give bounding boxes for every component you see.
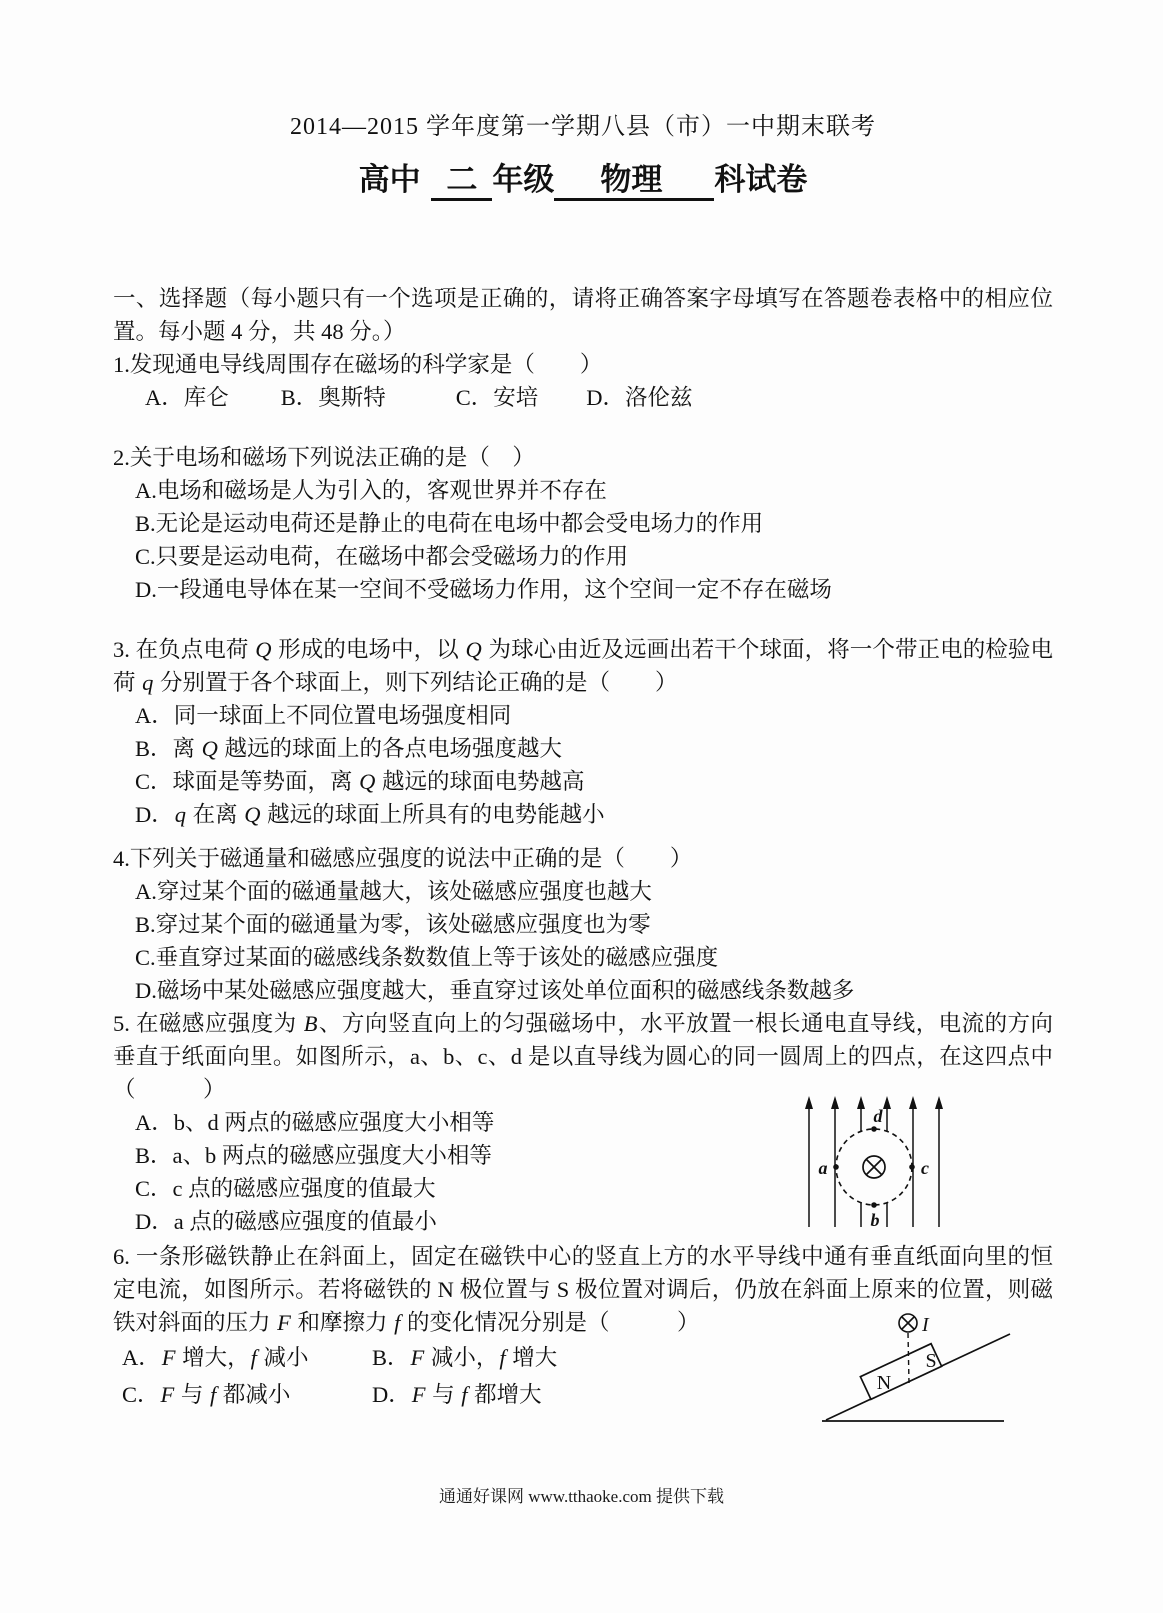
point-b-label: b	[871, 1210, 880, 1230]
pole-n-label: N	[877, 1372, 891, 1394]
point-a-label: a	[819, 1158, 828, 1178]
question-4-option-d: D.磁场中某处磁感应强度越大，垂直穿过该处单位面积的磁感线条数越多	[113, 974, 1053, 1007]
question-2-option-c: C.只要是运动电荷，在磁场中都会受磁场力的作用	[113, 540, 1053, 573]
pole-s-label: S	[925, 1350, 936, 1372]
question-5-stem: 5. 在磁感应强度为 B、方向竖直向上的匀强磁场中，水平放置一根长通电直导线，电…	[113, 1007, 1053, 1106]
question-3-option-d: D．q 在离 Q 越远的球面上所具有的电势能越小	[113, 798, 1053, 831]
question-4-stem: 4.下列关于磁通量和磁感应强度的说法中正确的是（ ）	[113, 842, 1053, 875]
question-1-option-b: B．奥斯特	[281, 381, 386, 414]
subtitle-school-level: 高中	[359, 162, 421, 198]
question-4-option-b: B.穿过某个面的磁通量为零，该处磁感应强度也为零	[113, 908, 1053, 941]
figure-incline-magnet: I N S	[812, 1306, 1024, 1431]
question-4-option-c: C.垂直穿过某面的磁感线条数数值上等于该处的磁感应强度	[113, 941, 1053, 974]
question-2-option-d: D.一段通电导体在某一空间不受磁场力作用，这个空间一定不存在磁场	[113, 573, 1053, 606]
question-3-option-a: A．同一球面上不同位置电场强度相同	[113, 699, 1053, 732]
point-c-label: c	[921, 1158, 929, 1178]
subtitle-grade-label: 年级	[492, 162, 554, 198]
question-3-option-c: C．球面是等势面，离 Q 越远的球面电势越高	[113, 765, 1053, 798]
question-6-option-c: C．F 与 f 都减小	[122, 1376, 372, 1413]
exam-page: 2014—2015 学年度第一学期八县（市）一中期末联考 高中 二年级物理科试卷…	[0, 0, 1163, 1613]
subject-blank: 物理	[554, 162, 714, 201]
question-2: 2.关于电场和磁场下列说法正确的是（ ） A.电场和磁场是人为引入的，客观世界并…	[113, 441, 1053, 606]
question-2-stem: 2.关于电场和磁场下列说法正确的是（ ）	[113, 441, 1053, 474]
question-2-option-a: A.电场和磁场是人为引入的，客观世界并不存在	[113, 474, 1053, 507]
question-1-option-a: A．库仑	[145, 381, 229, 414]
point-d-label: d	[874, 1106, 884, 1126]
exam-title: 2014—2015 学年度第一学期八县（市）一中期末联考	[113, 110, 1053, 144]
grade-blank: 二	[431, 162, 492, 201]
footer-text: 通通好课网 www.tthaoke.com 提供下载	[0, 1482, 1163, 1507]
question-6-options: A．F 增大，f 减小 B．F 减小，f 增大 C．F 与 f 都减小 D．F …	[113, 1339, 682, 1413]
question-1-options: A．库仑 B．奥斯特 C．安培 D．洛伦兹	[113, 381, 1053, 414]
question-3-option-b: B．离 Q 越远的球面上的各点电场强度越大	[113, 732, 1053, 765]
question-1-option-d: D．洛伦兹	[586, 381, 692, 414]
question-4-option-a: A.穿过某个面的磁通量越大，该处磁感应强度也越大	[113, 875, 1053, 908]
figure-field-circle: a c d b	[794, 1093, 954, 1233]
section-heading: 一、选择题（每小题只有一个选项是正确的，请将正确答案字母填写在答题卷表格中的相应…	[113, 282, 1053, 348]
question-1-stem: 1.发现通电导线周围存在磁场的科学家是（ ）	[113, 348, 1053, 381]
question-1-option-c: C．安培	[456, 381, 539, 414]
question-6-option-d: D．F 与 f 都增大	[372, 1376, 682, 1413]
point-d-dot	[871, 1126, 877, 1132]
question-6-option-a: A．F 增大，f 减小	[122, 1339, 372, 1376]
point-c-dot	[909, 1164, 915, 1170]
question-3-stem: 3. 在负点电荷 Q 形成的电场中，以 Q 为球心由近及远画出若干个球面，将一个…	[113, 633, 1053, 699]
current-label: I	[921, 1314, 930, 1336]
question-1: 1.发现通电导线周围存在磁场的科学家是（ ） A．库仑 B．奥斯特 C．安培 D…	[113, 348, 1053, 414]
current-into-page-icon	[899, 1314, 917, 1332]
exam-subtitle: 高中 二年级物理科试卷	[113, 158, 1053, 202]
subtitle-paper-label: 科试卷	[714, 162, 807, 198]
question-6-option-b: B．F 减小，f 增大	[372, 1339, 682, 1376]
question-2-option-b: B.无论是运动电荷还是静止的电荷在电场中都会受电场力的作用	[113, 507, 1053, 540]
point-a-dot	[833, 1164, 839, 1170]
point-b-dot	[871, 1202, 877, 1208]
question-4: 4.下列关于磁通量和磁感应强度的说法中正确的是（ ） A.穿过某个面的磁通量越大…	[113, 842, 1053, 1007]
question-3: 3. 在负点电荷 Q 形成的电场中，以 Q 为球心由近及远画出若干个球面，将一个…	[113, 633, 1053, 831]
